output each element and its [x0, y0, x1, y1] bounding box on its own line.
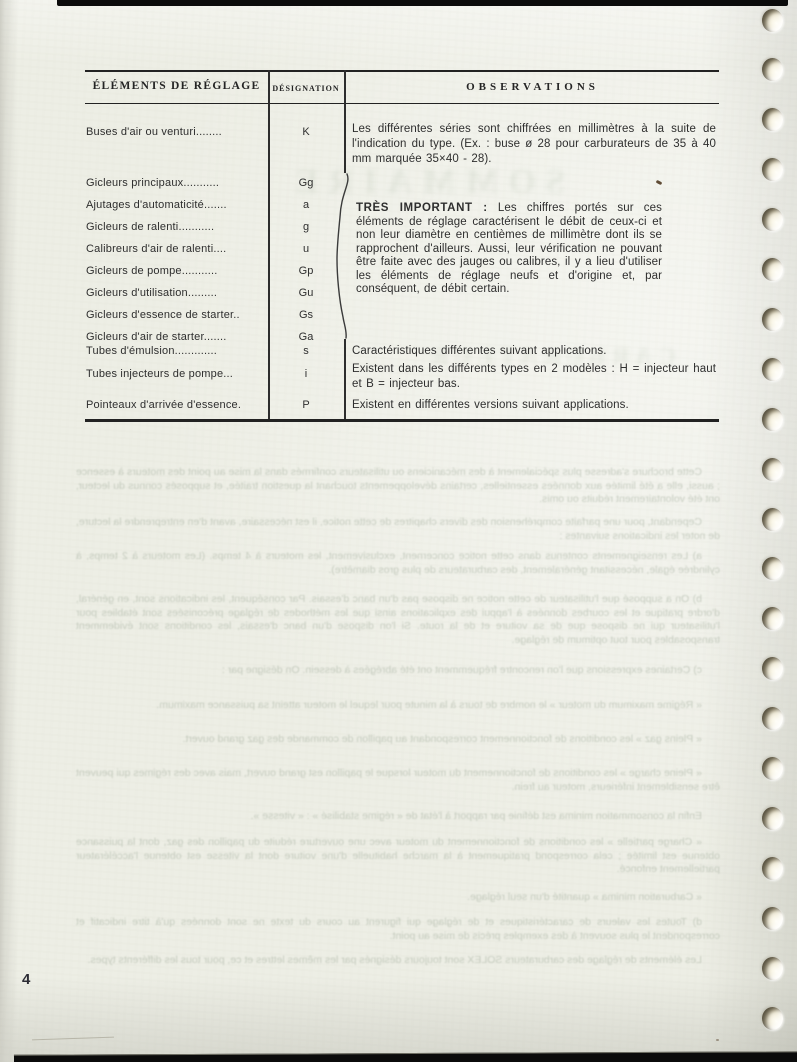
row-designation-code: i [270, 368, 342, 380]
binding-hole [762, 508, 783, 531]
binding-hole [762, 58, 783, 81]
binding-hole [762, 757, 783, 780]
row-label: Tubes injecteurs de pompe... [86, 368, 267, 380]
paper-scratch [32, 1037, 114, 1041]
row-label: Gicleurs d'air de starter....... [86, 331, 267, 343]
scan-edge-bar-top [57, 0, 788, 6]
row-label: Tubes d'émulsion............. [86, 345, 267, 357]
row-designation-code: K [270, 126, 342, 138]
observation-text: Existent dans les différents types en 2 … [352, 362, 716, 392]
binding-hole [762, 358, 783, 381]
row-designation-code: Gp [270, 265, 342, 277]
bleedthrough-paragraph: d) Toutes les valeurs de caractéristique… [76, 916, 720, 943]
binding-hole [762, 907, 783, 930]
row-designation-code: Gs [270, 309, 342, 321]
observation-text: Existent en différentes versions suivant… [352, 398, 716, 413]
table-header-rule [85, 103, 719, 104]
bleedthrough-paragraph: Cette brochure s'adresse plus spécialeme… [76, 466, 720, 507]
row-designation-code: Gg [270, 177, 342, 189]
row-designation-code: Ga [270, 331, 342, 343]
binding-hole [762, 607, 783, 630]
column-header-designation: DÉSIGNATION [268, 84, 344, 93]
scanned-document-page: Cette brochure s'adresse plus spécialeme… [0, 0, 797, 1062]
binding-hole [762, 657, 783, 680]
bleedthrough-paragraph: Les éléments de réglage des carburateurs… [76, 954, 720, 968]
row-designation-code: a [270, 199, 342, 211]
scan-edge-bar-bottom [14, 1051, 797, 1062]
paper-speck [656, 180, 663, 185]
row-label: Calibreurs d'air de ralenti.... [86, 243, 267, 255]
binding-hole [762, 807, 783, 830]
bleedthrough-paragraph: « Régime maximum du moteur » le nombre d… [76, 699, 720, 713]
row-label: Ajutages d'automaticité....... [86, 199, 267, 211]
page-number: 4 [22, 971, 31, 988]
binding-hole [762, 408, 783, 431]
row-designation-code: P [270, 399, 342, 411]
binding-hole [762, 158, 783, 181]
bleedthrough-paragraph: Enfin la consommation minima est définie… [76, 810, 720, 824]
observation-text: Les différentes séries sont chiffrées en… [352, 122, 716, 167]
bleedthrough-paragraph: a) Les renseignements contenus dans cett… [76, 550, 720, 577]
table-top-rule [85, 70, 719, 72]
table-bottom-rule [85, 419, 719, 422]
binding-hole [762, 1007, 783, 1030]
bleedthrough-paragraph: « Charge partielle » les conditions de f… [76, 836, 720, 877]
binding-hole [762, 857, 783, 880]
row-designation-code: g [270, 221, 342, 233]
row-label: Gicleurs de ralenti........... [86, 221, 267, 233]
column-header-elements-de-reglage: ÉLÉMENTS DE RÉGLAGE [85, 80, 268, 92]
binding-hole [762, 258, 783, 281]
observation-text: Caractéristiques différentes suivant app… [352, 344, 716, 359]
bleedthrough-paragraph: Cependant, pour une parfaite compréhensi… [76, 516, 720, 543]
bleedthrough-paragraph: « Carburation minima » quantité d'un seu… [76, 891, 720, 905]
binding-hole [762, 458, 783, 481]
row-label: Gicleurs de pompe........... [86, 265, 267, 277]
binding-hole [762, 9, 783, 32]
bleedthrough-paragraph: b) On a supposé que l'utilisateur de cet… [76, 593, 720, 647]
paper-speck-small [716, 1039, 719, 1041]
row-label: Pointeaux d'arrivée d'essence. [86, 399, 267, 411]
row-designation-code: s [270, 345, 342, 357]
bleedthrough-paragraph: c) Certaines expressions que l'on rencon… [76, 664, 720, 678]
row-designation-code: Gu [270, 287, 342, 299]
row-label: Gicleurs principaux........... [86, 177, 267, 189]
binding-hole [762, 957, 783, 980]
row-designation-code: u [270, 243, 342, 255]
row-label: Gicleurs d'utilisation......... [86, 287, 267, 299]
binding-hole [762, 108, 783, 131]
row-label: Gicleurs d'essence de starter.. [86, 309, 267, 321]
bleedthrough-paragraph: « Pleine charge » les conditions de fonc… [76, 767, 720, 794]
observation-lead: TRÈS IMPORTANT : [356, 202, 488, 214]
binding-hole [762, 707, 783, 730]
binding-hole [762, 557, 783, 580]
bleedthrough-paragraph: « Pleins gaz » les conditions de fonctio… [76, 733, 720, 747]
column-header-observations: OBSERVATIONS [346, 81, 719, 93]
binding-hole [762, 308, 783, 331]
binding-hole [762, 208, 783, 231]
row-label: Buses d'air ou venturi........ [86, 126, 267, 138]
observation-text: TRÈS IMPORTANT : Les chiffres portés sur… [356, 202, 662, 297]
table-column-divider-2-lower [344, 339, 346, 419]
